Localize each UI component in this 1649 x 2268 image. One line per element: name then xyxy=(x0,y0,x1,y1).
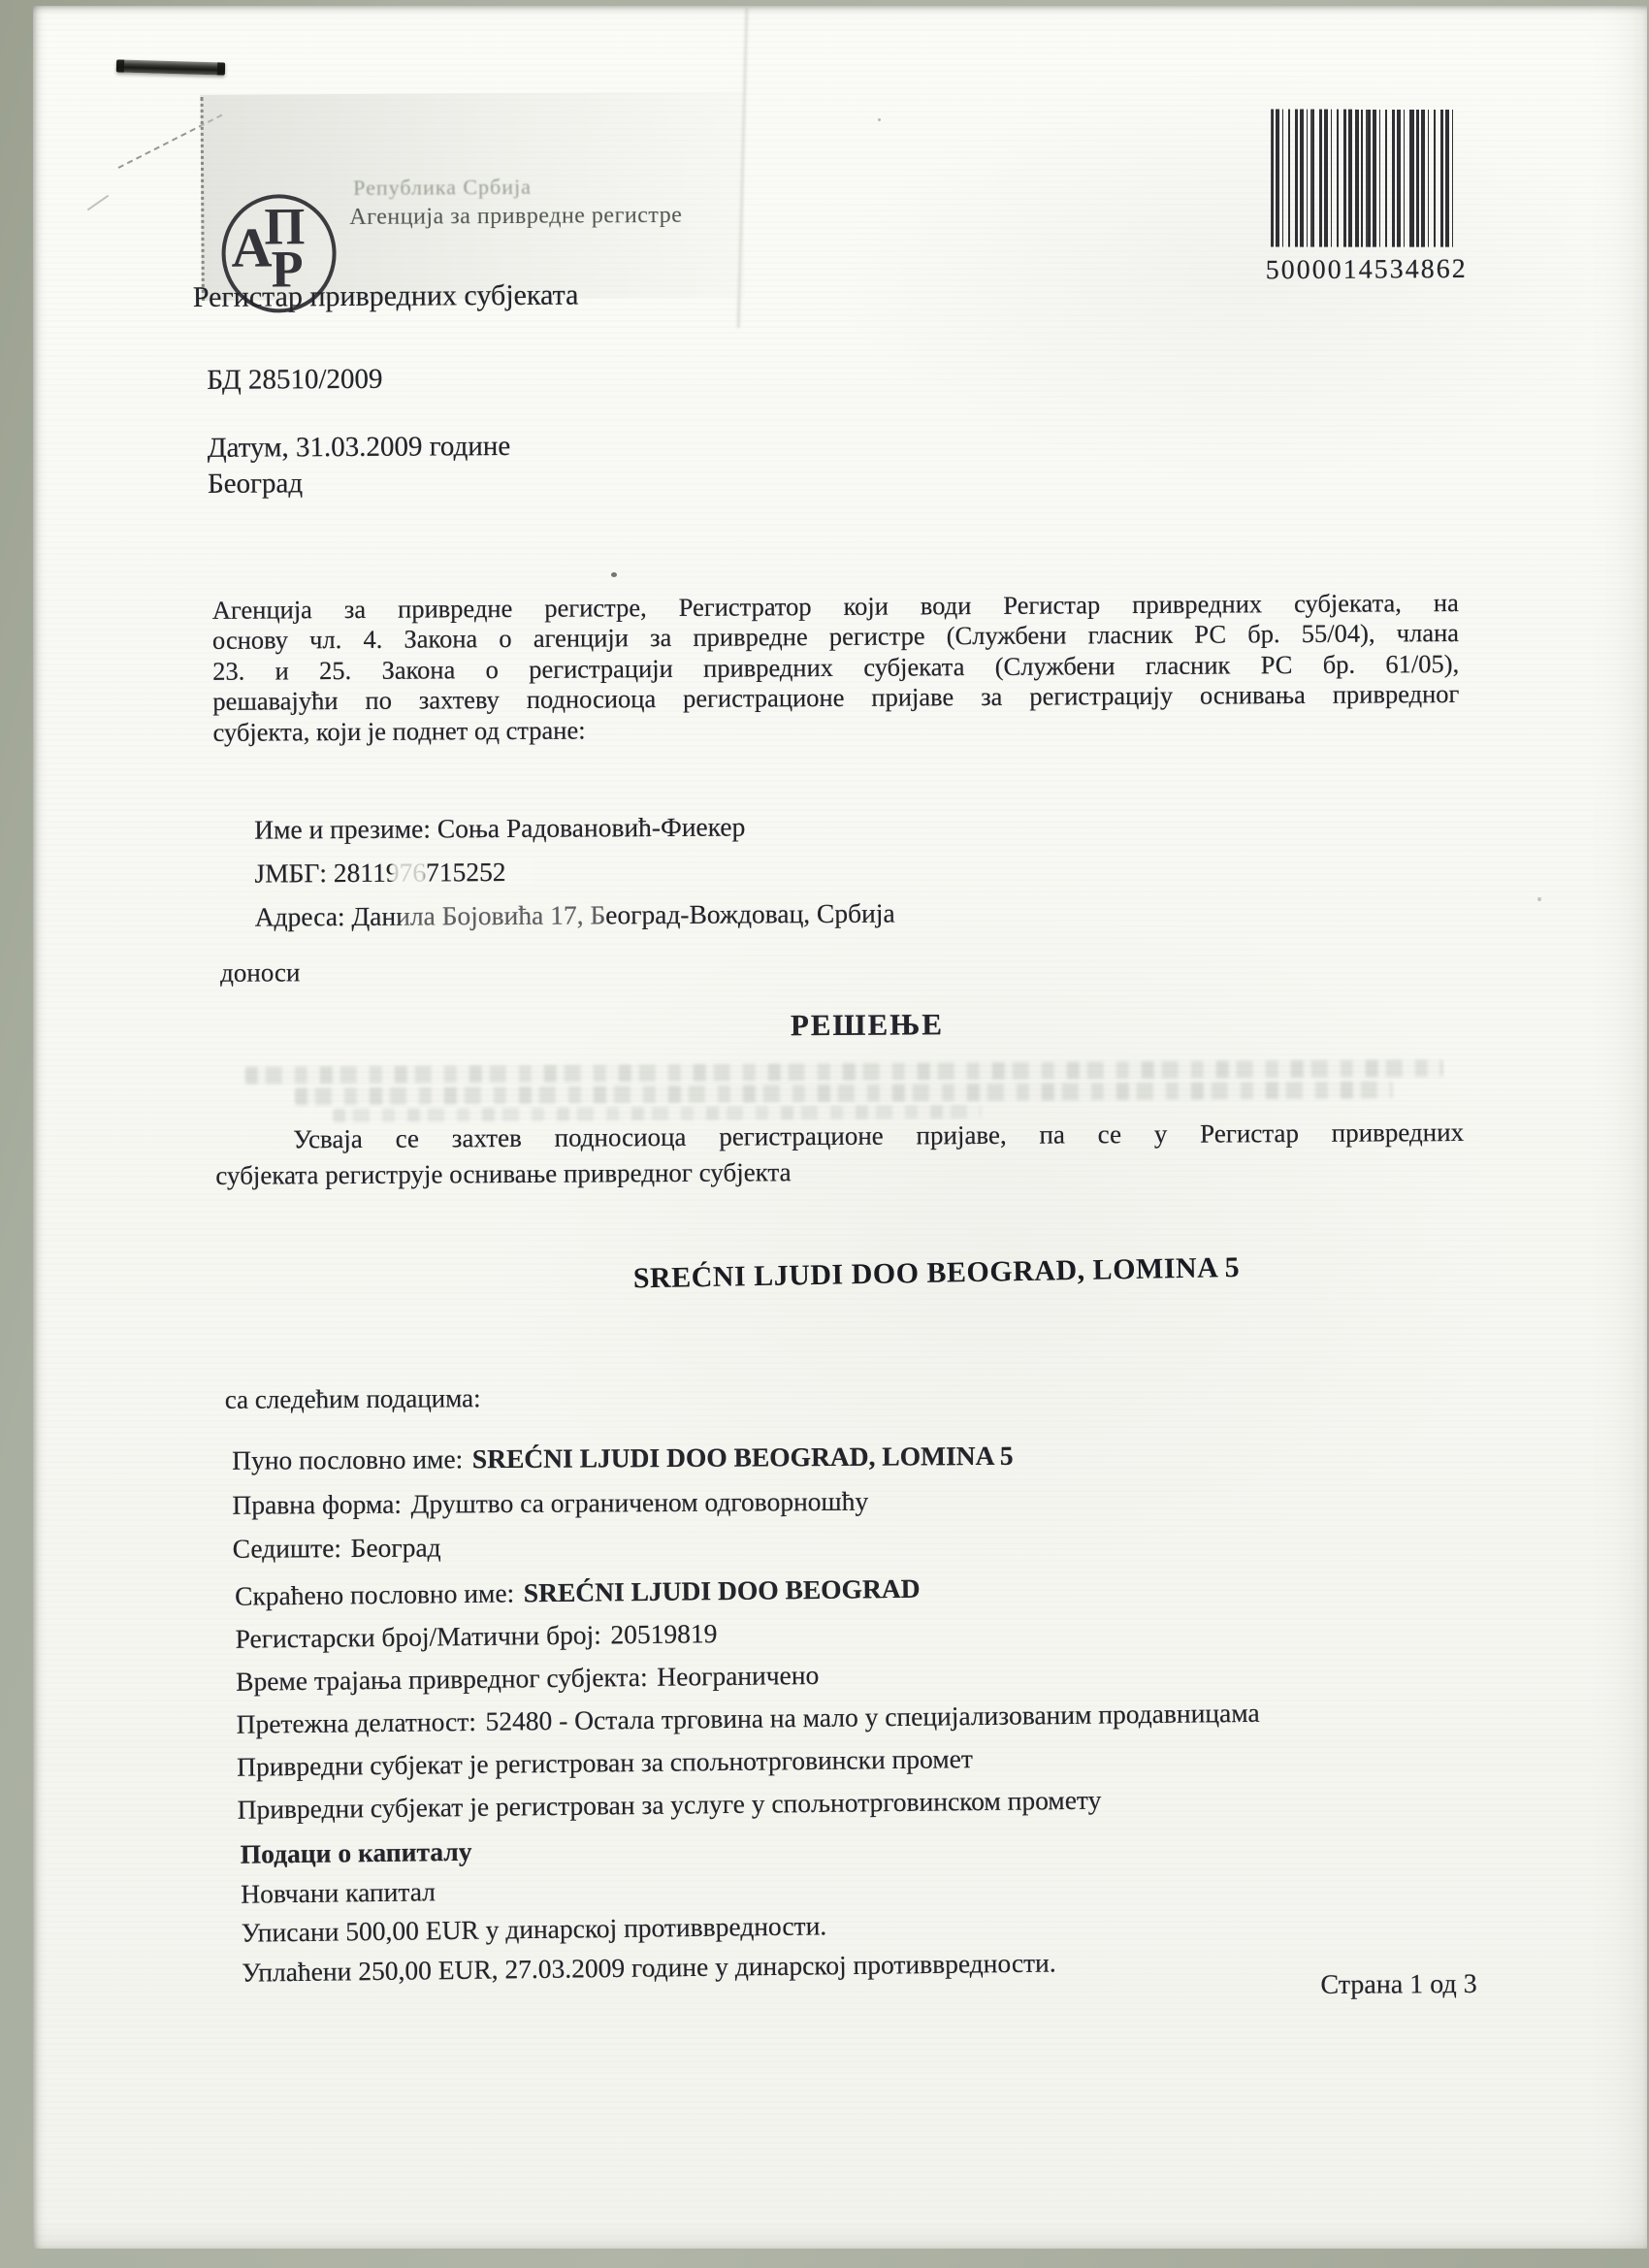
agency-line: Агенција за привредне регистре xyxy=(349,203,682,231)
scanned-document-page: { "scan": { "header": { "republic_line":… xyxy=(0,0,1649,2268)
barcode xyxy=(1271,110,1455,247)
detail-row: Седиште:Београд xyxy=(233,1522,1015,1571)
whiteout-patch xyxy=(504,858,533,887)
detail-label: Скраћено пословно име: xyxy=(235,1577,514,1610)
company-name-heading: SREĆNI LJUDI DOO BEOGRAD, LOMINA 5 xyxy=(216,1246,1560,1303)
bleed-through-line xyxy=(245,1059,1443,1085)
detail-label: Правна форма: xyxy=(232,1488,402,1519)
applicant-block: Име и презиме: Соња Радовановић-Фиекер Ј… xyxy=(254,804,895,939)
case-number: БД 28510/2009 xyxy=(207,364,382,397)
register-title: Регистар привредних субјеката xyxy=(193,279,579,314)
details-intro: са следећим подацима: xyxy=(225,1383,481,1415)
detail-value: 52480 - Остала трговина на мало у специј… xyxy=(485,1698,1259,1736)
detail-row: Пуно пословно име:SREĆNI LJUDI DOO BEOGR… xyxy=(232,1434,1014,1482)
adopts-label: доноси xyxy=(220,957,300,988)
whiteout-patch xyxy=(401,898,604,930)
detail-value: Неограничено xyxy=(657,1660,819,1692)
barcode-number: 5000014534862 xyxy=(1266,254,1466,286)
decision-line: Усваја се захтев подносиоца регистрацион… xyxy=(215,1115,1464,1158)
company-details-block-1: Пуно пословно име:SREĆNI LJUDI DOO BEOGR… xyxy=(232,1434,1014,1571)
decision-line: субјеката региструје оснивање привредног… xyxy=(215,1150,1464,1194)
whiteout-patch xyxy=(392,859,425,888)
detail-value: 20519819 xyxy=(610,1618,717,1649)
detail-row: Правна форма:Друштво са ограниченом одго… xyxy=(232,1477,1014,1526)
document-content: А П Р Република Србија Агенција за привр… xyxy=(0,0,1649,2268)
page-indicator: Страна 1 од 3 xyxy=(1320,1969,1476,2001)
detail-label: Претежна делатност: xyxy=(236,1706,476,1739)
detail-label: Пуно пословно име: xyxy=(232,1443,463,1474)
detail-label: Регистарски број/Матични број: xyxy=(235,1619,600,1653)
place-line: Београд xyxy=(208,468,303,501)
applicant-jmbg-text: ЈМБГ: 2811976715252 xyxy=(254,857,505,889)
applicant-address-line: Адреса: Данила Бојовића 17, Београд-Вожд… xyxy=(255,891,895,939)
bleed-through-line xyxy=(295,1081,1393,1105)
intro-paragraph: Агенција за привредне регистре, Регистра… xyxy=(212,588,1460,748)
detail-value: Привредни субјекат је регистрован за усл… xyxy=(237,1785,1101,1825)
detail-value: SREĆNI LJUDI DOO BEOGRAD xyxy=(524,1573,921,1608)
detail-value: Друштво са ограниченом одговорношћу xyxy=(411,1485,869,1518)
republic-line: Република Србија xyxy=(353,175,532,201)
capital-block: Подаци о капиталу Новчани капитал Уписан… xyxy=(241,1825,1056,1992)
detail-label: Време трајања привредног субјекта: xyxy=(236,1662,648,1697)
date-line: Датум, 31.03.2009 године xyxy=(208,431,511,465)
applicant-name-line: Име и презиме: Соња Радовановић-Фиекер xyxy=(254,804,894,852)
detail-value: Београд xyxy=(351,1532,441,1563)
applicant-jmbg-line: ЈМБГ: 2811976715252 xyxy=(254,848,894,895)
company-details-block-2: Скраћено пословно име:SREĆNI LJUDI DOO B… xyxy=(235,1564,1261,1831)
detail-value: SREĆNI LJUDI DOO BEOGRAD, LOMINA 5 xyxy=(472,1441,1014,1474)
decision-title: РЕШЕЊЕ xyxy=(214,1004,1490,1047)
detail-label: Седиште: xyxy=(233,1533,341,1564)
detail-value: Привредни субјекат је регистрован за спо… xyxy=(237,1743,973,1782)
decision-paragraph: Усваја се захтев подносиоца регистрацион… xyxy=(215,1115,1464,1194)
